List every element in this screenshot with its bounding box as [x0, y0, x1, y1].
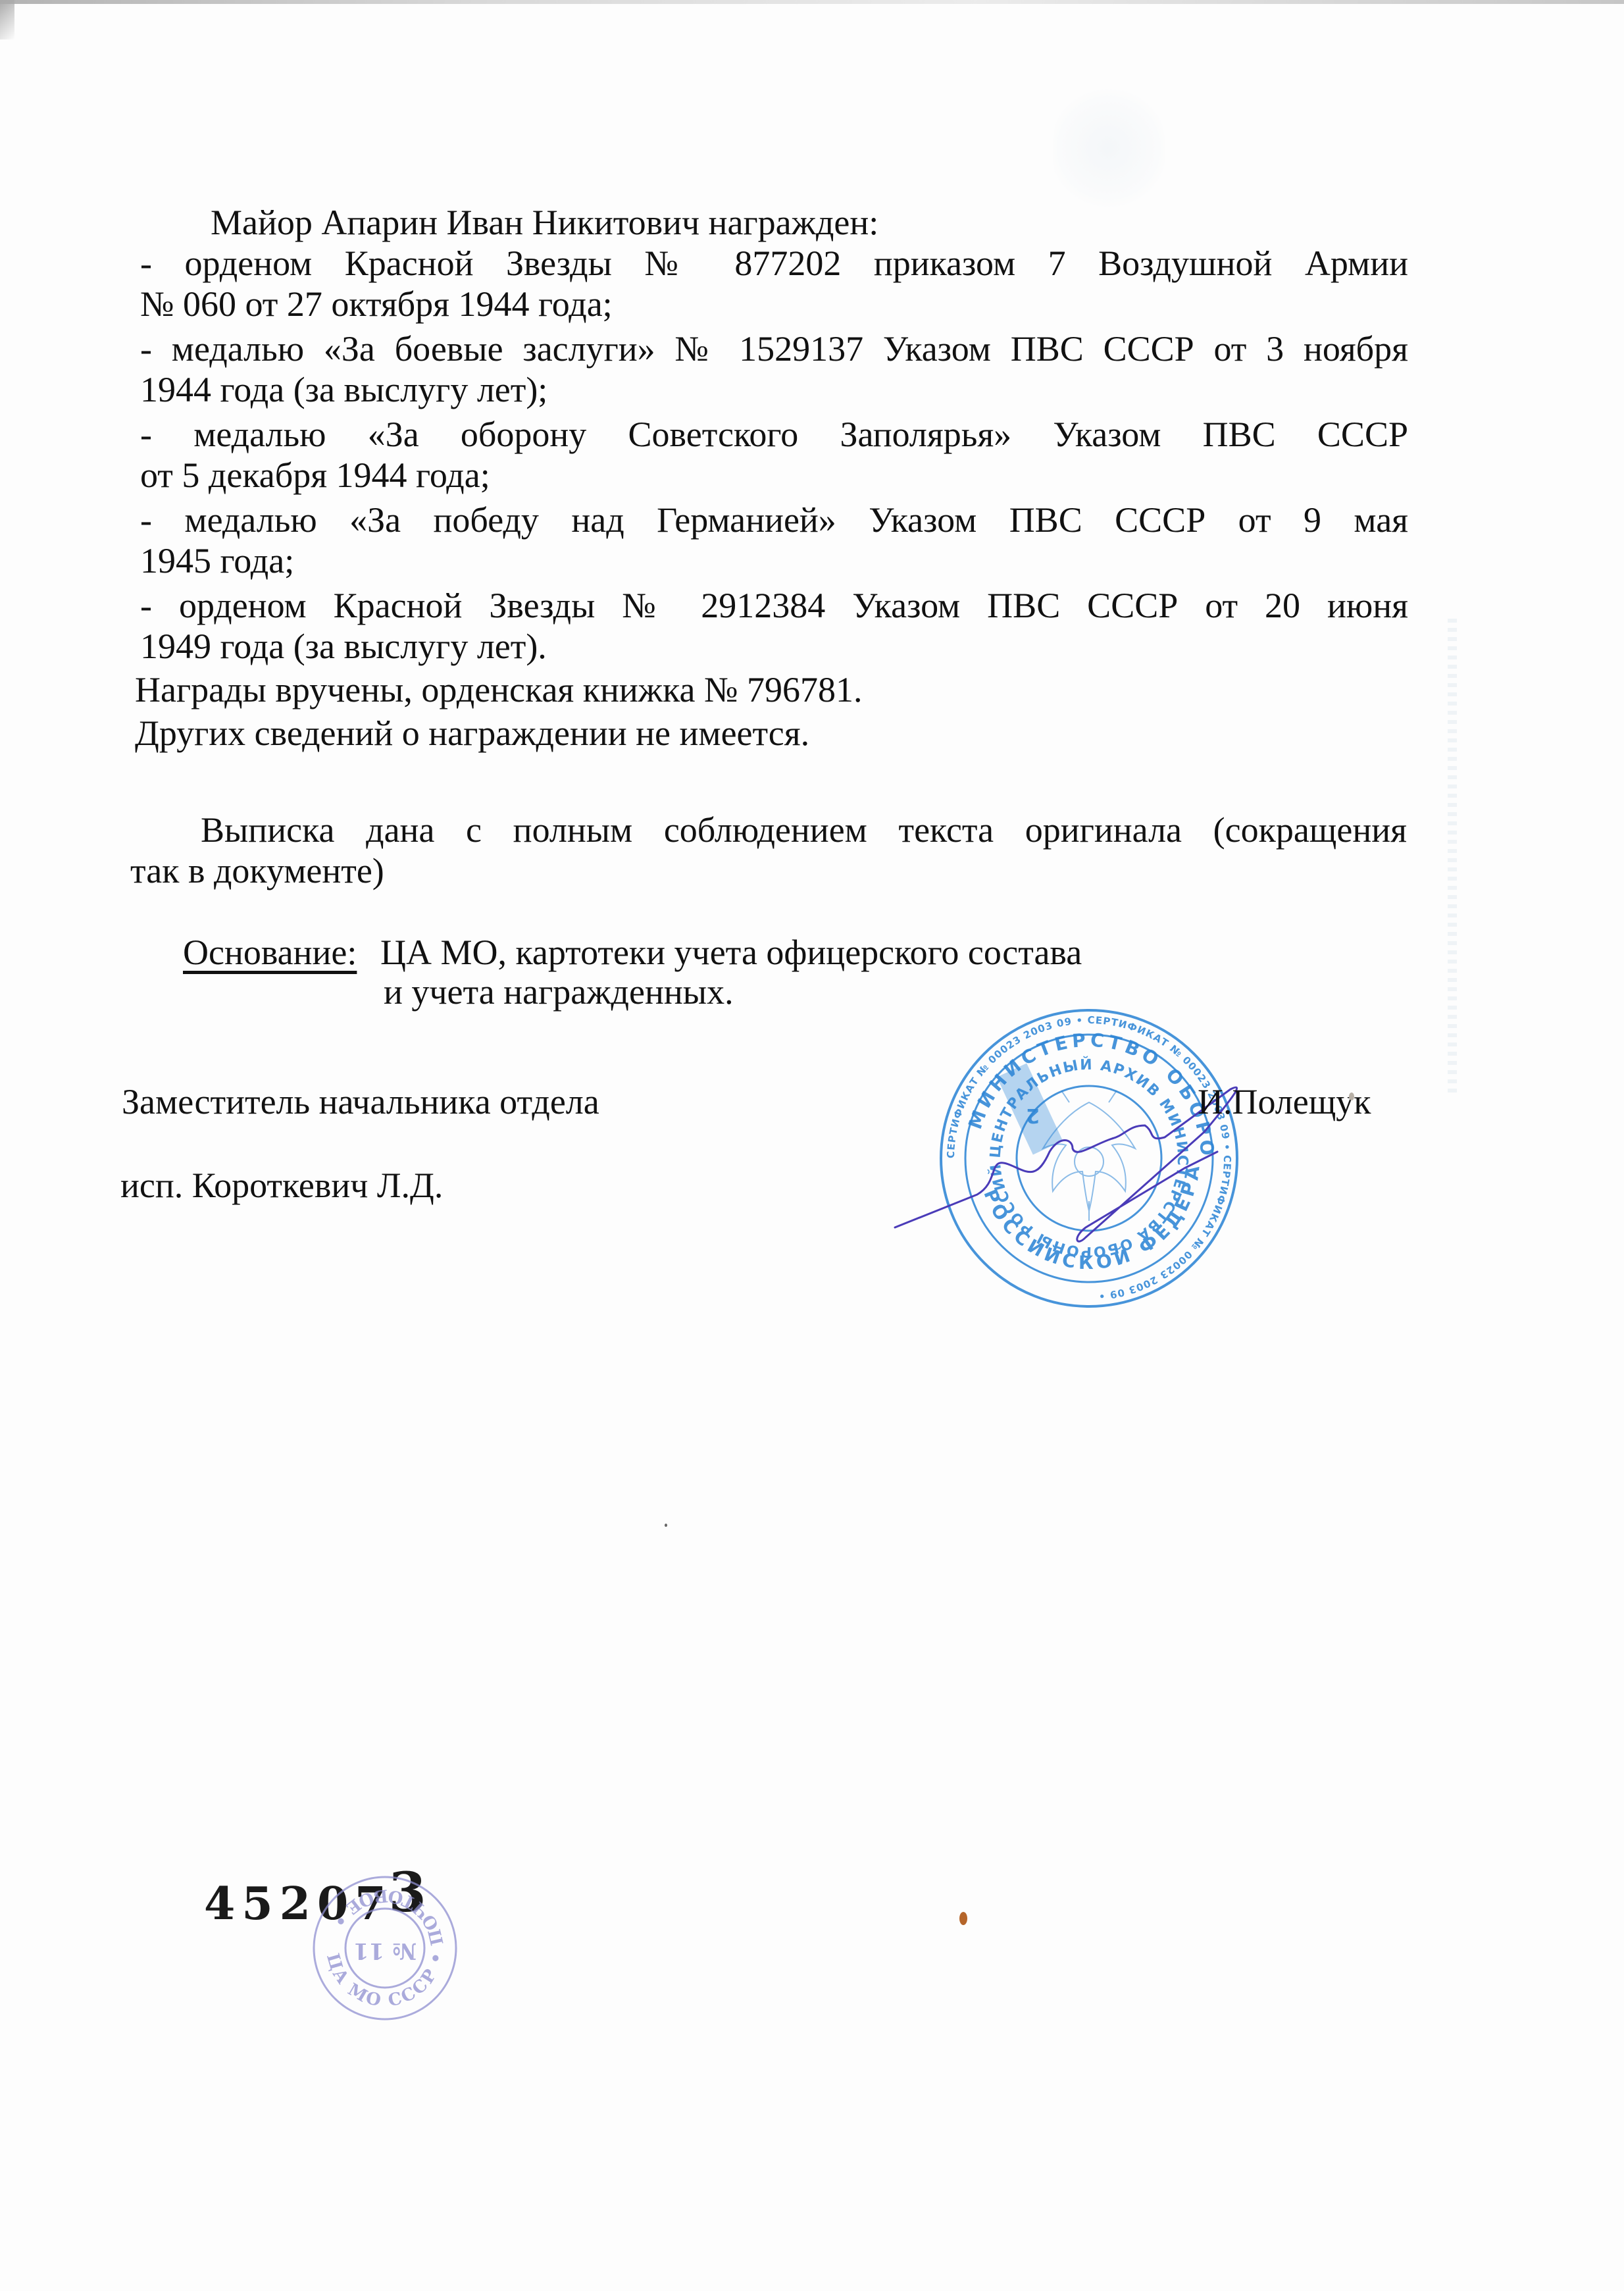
extract-note: Выписка дана с полным соблюдением текста… [130, 810, 1407, 891]
archive-small-stamp: ЦА МО СССР • ПОЧТОВОЕ • № 11 [309, 1872, 461, 2024]
paper-speck [1349, 1093, 1354, 1100]
svg-text:№ 11: № 11 [353, 1938, 417, 1964]
award-line2: № 060 от 27 октября 1944 года; [140, 284, 1408, 324]
award-item: - медалью «За оборону Советского Заполяр… [140, 414, 1408, 496]
scan-edge [0, 0, 1624, 4]
award-item: - медалью «За победу над Германией» Указ… [140, 500, 1408, 581]
closing-block: Награды вручены, орденская книжка № 7967… [135, 669, 863, 756]
extract-note-line1: Выписка дана с полным соблюдением текста… [130, 810, 1407, 850]
awards-delivered: Награды вручены, орденская книжка № 7967… [135, 669, 863, 713]
award-line1: - медалью «За победу над Германией» Указ… [140, 500, 1408, 540]
award-item: - орденом Красной Звезды № 2912384 Указо… [140, 585, 1408, 667]
no-other-info: Других сведений о награждении не имеется… [135, 713, 863, 756]
basis-label: Основание: [183, 932, 357, 973]
signer-name: И.Полещук [1198, 1081, 1371, 1122]
extract-note-line2: так в документе) [130, 850, 1407, 891]
award-line2: 1944 года (за выслугу лет); [140, 369, 1408, 410]
signer-position: Заместитель начальника отдела [122, 1081, 599, 1122]
basis-line1: ЦА МО, картотеки учета офицерского соста… [380, 932, 1082, 973]
award-line1: - орденом Красной Звезды № 877202 приказ… [140, 243, 1408, 284]
bleed-through-margin-text [1448, 619, 1457, 1093]
award-line2: от 5 декабря 1944 года; [140, 455, 1408, 496]
intro-line: Майор Апарин Иван Никитович награжден: [211, 202, 878, 243]
paper-speck [665, 1524, 667, 1527]
award-line1: - орденом Красной Звезды № 2912384 Указо… [140, 585, 1408, 626]
award-item: - медалью «За боевые заслуги» № 1529137 … [140, 328, 1408, 410]
award-item: - орденом Красной Звезды № 877202 приказ… [140, 243, 1408, 324]
executor-name: исп. Короткевич Л.Д. [120, 1165, 443, 1206]
scan-corner-shadow [0, 0, 14, 39]
paper-speck [959, 1912, 967, 1925]
handwritten-signature [875, 1027, 1283, 1277]
bleed-through-emblem [1053, 86, 1165, 211]
award-line2: 1945 года; [140, 540, 1408, 581]
awards-list: - орденом Красной Звезды № 877202 приказ… [140, 243, 1408, 671]
award-line2: 1949 года (за выслугу лет). [140, 626, 1408, 667]
basis-line2: и учета награжденных. [384, 971, 734, 1012]
award-line1: - медалью «За боевые заслуги» № 1529137 … [140, 328, 1408, 369]
award-line1: - медалью «За оборону Советского Заполяр… [140, 414, 1408, 455]
